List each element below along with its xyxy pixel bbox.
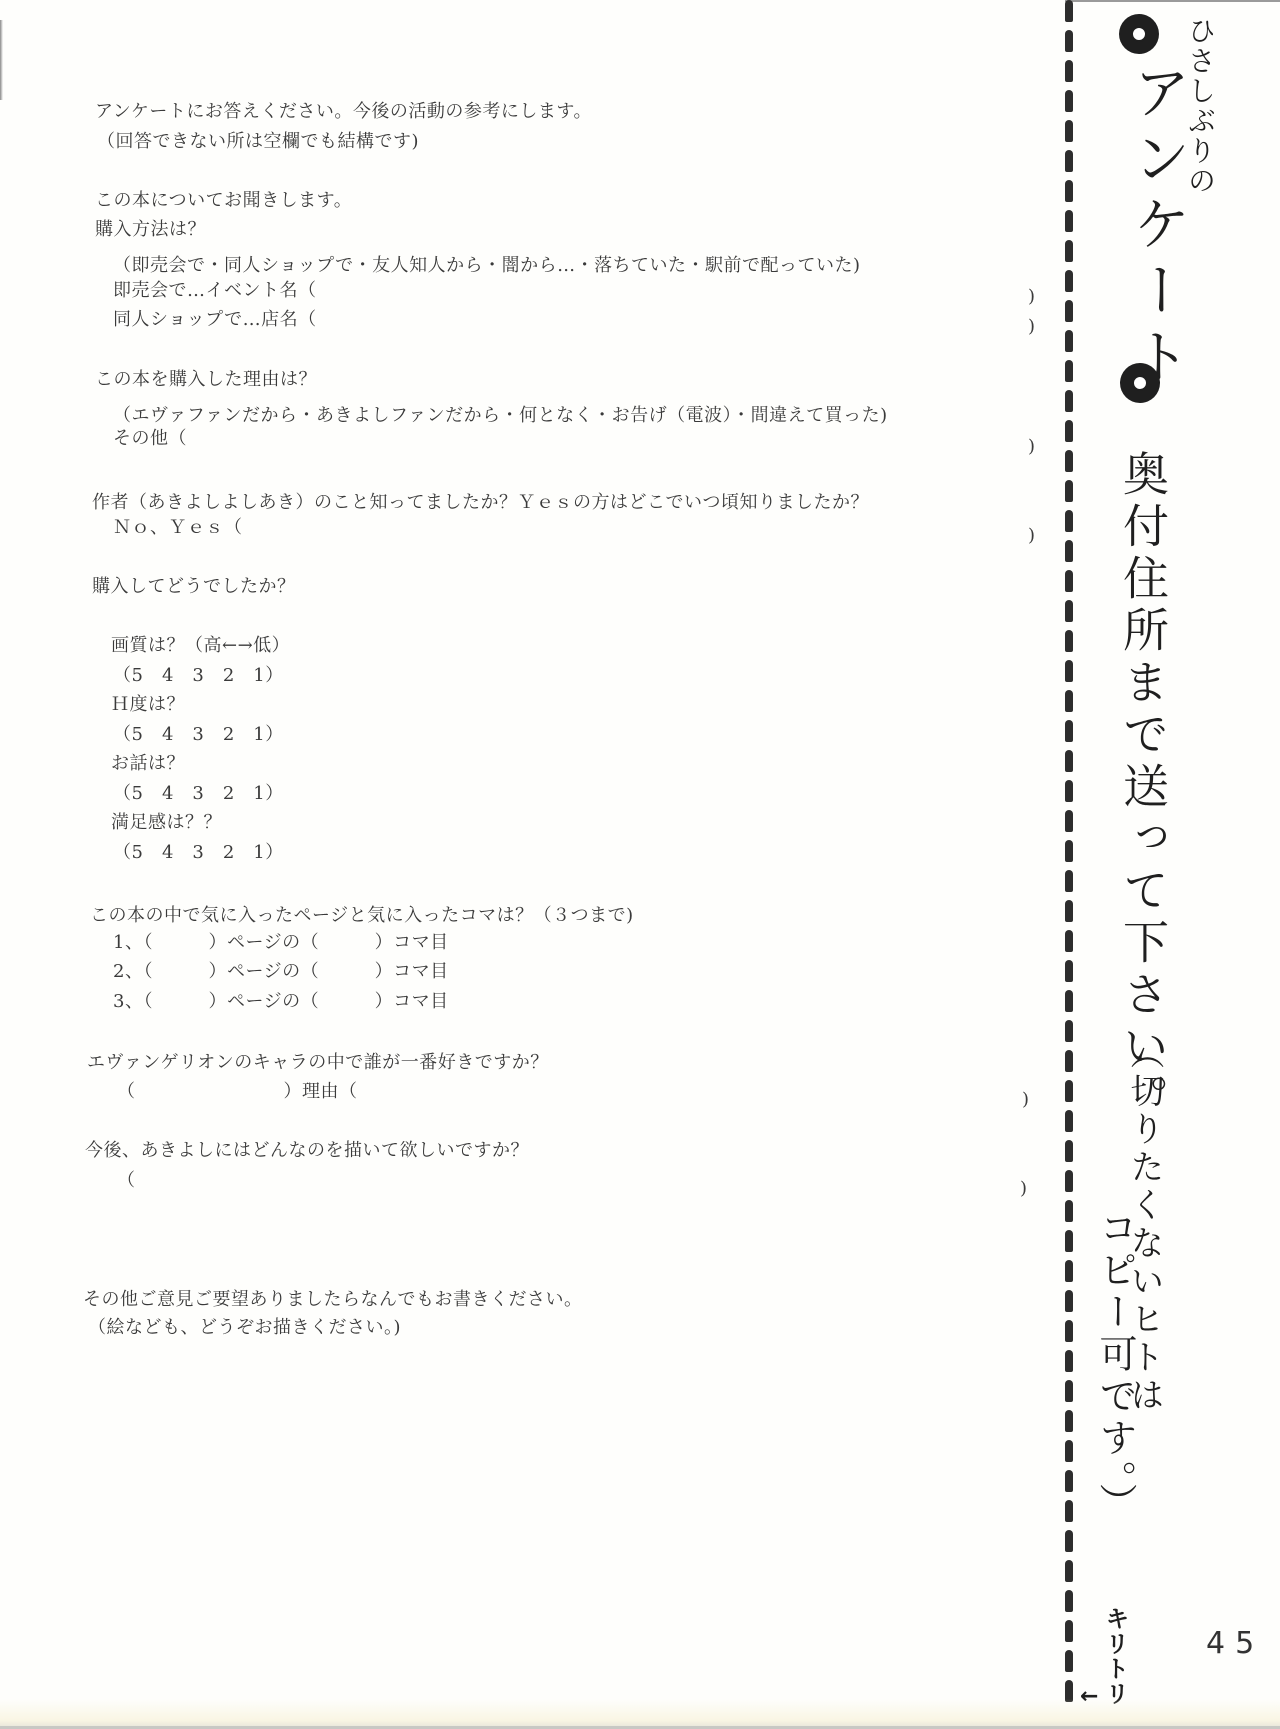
shop-name-field-end[interactable]: ): [1028, 316, 1035, 338]
spiral-bullet-icon-2: [1120, 363, 1160, 403]
cut-line-dash: [1065, 30, 1073, 52]
cut-line-dash: [1065, 1260, 1073, 1282]
reason-other-label: その他（: [113, 428, 187, 450]
cut-line-dash: [1065, 0, 1073, 22]
cut-line-dash: [1065, 330, 1073, 352]
cut-line-dash: [1065, 450, 1073, 472]
rating-scale-image-quality[interactable]: （5 4 3 2 1）: [113, 665, 284, 687]
event-name-field-end[interactable]: ): [1028, 286, 1035, 308]
cut-line-dash: [1065, 1530, 1073, 1552]
cut-line-dash: [1065, 750, 1073, 772]
question-author: 作者（あきよしよしあき）のこと知ってましたか？Ｙｅｓの方はどこでいつ頃知りました…: [92, 492, 869, 514]
character-reason-field-end[interactable]: ): [1022, 1089, 1029, 1111]
cut-line-dash: [1065, 1440, 1073, 1462]
cut-line-dash: [1065, 1290, 1073, 1312]
section-heading-about-book: この本についてお聞きします。: [95, 190, 352, 212]
cut-line-dash: [1065, 1320, 1073, 1342]
purchase-method-options[interactable]: （即売会で・同人ショップで・友人知人から・闇から…・落ちていた・駅前で配っていた…: [113, 255, 861, 277]
page-bottom-shade: [0, 1699, 1280, 1729]
future-answer-label[interactable]: （: [117, 1170, 136, 1192]
cut-line-dash: [1065, 1380, 1073, 1402]
cut-line-dash: [1065, 600, 1073, 622]
cut-line-dash: [1065, 1080, 1073, 1102]
cut-line-dash: [1065, 690, 1073, 712]
cut-line-dash: [1065, 660, 1073, 682]
cut-line-dash: [1065, 720, 1073, 742]
cut-line-dash: [1065, 780, 1073, 802]
cut-line-dash: [1065, 60, 1073, 82]
cut-line-dash: [1065, 1500, 1073, 1522]
cut-line-dash: [1065, 1230, 1073, 1252]
cut-line-dash: [1065, 150, 1073, 172]
reason-other-field-end[interactable]: ): [1028, 436, 1035, 458]
question-favorite-character: エヴァンゲリオンのキャラの中で誰が一番好きですか？: [87, 1052, 549, 1074]
rating-scale-satisfaction[interactable]: （5 4 3 2 1）: [113, 842, 284, 864]
cut-line-dash: [1065, 570, 1073, 592]
cut-line-dash: [1065, 480, 1073, 502]
cut-line-dashed[interactable]: [1062, 0, 1076, 1700]
cut-line-dash: [1065, 300, 1073, 322]
cut-line-dash: [1065, 1020, 1073, 1042]
cut-line-dash: [1065, 1200, 1073, 1222]
cut-line-dash: [1065, 1560, 1073, 1582]
cut-line-dash: [1065, 420, 1073, 442]
cut-line-dash: [1065, 1470, 1073, 1492]
cut-line-dash: [1065, 1590, 1073, 1612]
cut-line-dash: [1065, 270, 1073, 292]
intro-note: （回答できない所は空欄でも結構です): [97, 131, 419, 153]
cut-line-dash: [1065, 630, 1073, 652]
cut-line-dash: [1065, 960, 1073, 982]
cut-line-dash: [1065, 1650, 1073, 1672]
handwritten-title: アンケート: [1115, 62, 1199, 392]
comments-note: （絵なども、どうぞお描きください。): [88, 1317, 401, 1339]
cut-line-dash: [1065, 840, 1073, 862]
rating-question-h-level: Ｈ度は？: [111, 694, 185, 716]
rating-question-image-quality: 画質は？（高←→低）: [111, 635, 290, 657]
cut-line-dash: [1065, 180, 1073, 202]
rating-scale-story[interactable]: （5 4 3 2 1）: [113, 783, 284, 805]
cut-line-dash: [1065, 360, 1073, 382]
question-purchase-method: 購入方法は？: [95, 219, 206, 241]
cut-line-dash: [1065, 240, 1073, 262]
cut-line-dash: [1065, 1350, 1073, 1372]
rating-scale-h-level[interactable]: （5 4 3 2 1）: [113, 724, 284, 746]
future-answer-field-end[interactable]: ): [1020, 1178, 1027, 1200]
cut-line-dash: [1065, 510, 1073, 532]
favorite-row-2[interactable]: 2、（ ）ページの（ ）コマ目: [113, 961, 449, 983]
question-favorite-pages: この本の中で気に入ったページと気に入ったコマは？（３つまで): [90, 905, 634, 927]
cut-line-dash: [1065, 540, 1073, 562]
page-number: 45: [1206, 1626, 1264, 1661]
section-heading-ratings: 購入してどうでしたか？: [92, 576, 296, 598]
cut-line-dash: [1065, 120, 1073, 142]
cut-line-dash: [1065, 1050, 1073, 1072]
rating-question-satisfaction: 満足感は？？: [111, 812, 222, 834]
cut-line-dash: [1065, 1140, 1073, 1162]
cut-line-dash: [1065, 930, 1073, 952]
cut-line-dash: [1065, 810, 1073, 832]
author-answer-label[interactable]: Ｎｏ、Ｙｅｓ（: [113, 517, 243, 539]
cut-line-dash: [1065, 390, 1073, 412]
handwritten-instruction: 奥付住所まで送って下さい。: [1110, 450, 1176, 1126]
cut-line-dash: [1065, 1110, 1073, 1132]
spiral-bullet-icon: [1119, 14, 1159, 54]
cut-line-dash: [1065, 90, 1073, 112]
author-answer-field-end[interactable]: ): [1028, 525, 1035, 547]
questionnaire-form: アンケートにお答えください。今後の活動の参考にします。 （回答できない所は空欄で…: [0, 0, 1060, 1729]
handwritten-note-line2: コピー可です。）: [1088, 1208, 1143, 1525]
cut-line-dash: [1065, 1620, 1073, 1642]
cut-line-dash: [1065, 900, 1073, 922]
cut-line-dash: [1065, 1170, 1073, 1192]
cut-line-dash: [1065, 1410, 1073, 1432]
cut-line-dash: [1065, 990, 1073, 1012]
question-reason: この本を購入した理由は？: [95, 369, 317, 391]
favorite-row-3[interactable]: 3、（ ）ページの（ ）コマ目: [113, 991, 449, 1013]
intro-text: アンケートにお答えください。今後の活動の参考にします。: [95, 101, 592, 123]
rating-question-story: お話は？: [111, 753, 185, 775]
cut-line-dash: [1065, 210, 1073, 232]
character-answer-label[interactable]: （ ）理由（: [117, 1081, 358, 1103]
cut-here-label: キリトリ: [1098, 1606, 1133, 1706]
cut-line-dash: [1065, 870, 1073, 892]
event-name-label: 即売会で…イベント名（: [113, 280, 317, 302]
shop-name-label: 同人ショップで…店名（: [113, 309, 317, 331]
comments-prompt: その他ご意見ご要望ありましたらなんでもお書きください。: [83, 1289, 583, 1311]
favorite-row-1[interactable]: 1、（ ）ページの（ ）コマ目: [113, 932, 449, 954]
reason-options[interactable]: （エヴァファンだから・あきよしファンだから・何となく・お告げ（電波）・間違えて買…: [113, 405, 888, 427]
question-future-requests: 今後、あきよしにはどんなのを描いて欲しいですか？: [85, 1140, 529, 1162]
